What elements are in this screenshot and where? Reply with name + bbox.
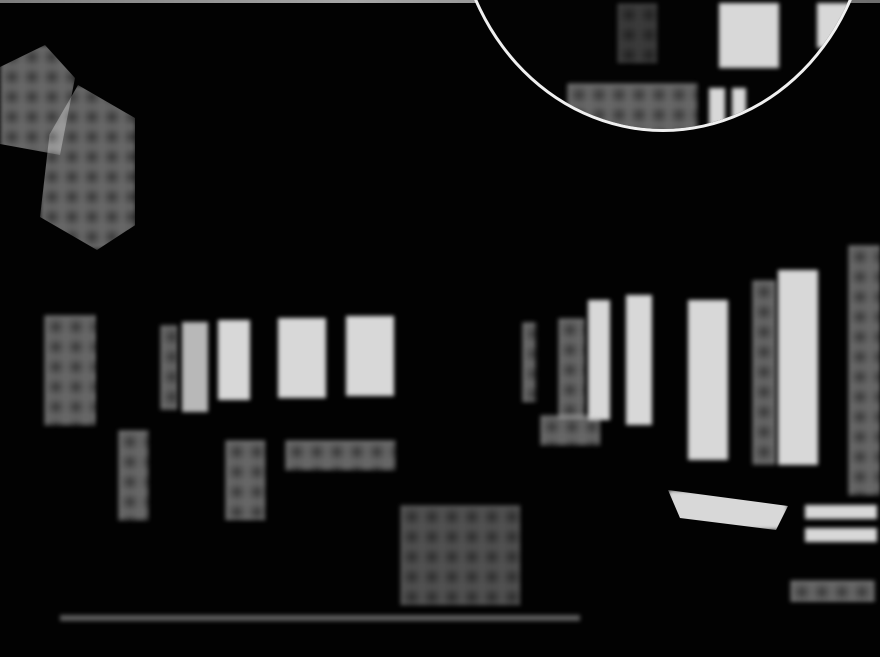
window (848, 245, 880, 495)
window (688, 300, 728, 460)
wall-panel (44, 315, 96, 425)
sofa (668, 490, 788, 530)
curtain (160, 325, 178, 410)
window (522, 322, 536, 402)
windowsill-seat (540, 415, 600, 445)
cushion (790, 580, 875, 602)
window (778, 270, 818, 465)
chair (118, 430, 148, 520)
window (182, 322, 208, 412)
window (558, 318, 584, 418)
inset-furniture-leg (732, 88, 746, 128)
cushion (805, 505, 877, 519)
inset-furniture-leg (709, 88, 725, 128)
inset-floor (567, 83, 697, 132)
curtain (752, 280, 776, 465)
window (218, 320, 250, 400)
floor-line (60, 615, 580, 621)
window (588, 300, 610, 420)
inset-detail (617, 3, 657, 63)
chair (225, 440, 265, 520)
window (346, 316, 394, 396)
rug (400, 505, 520, 605)
circular-inset-photo (454, 0, 872, 132)
cushion (805, 528, 877, 542)
window (626, 295, 652, 425)
halftone-photo: Grainy dark halftone newspaper photograp… (0, 0, 880, 657)
window (278, 318, 326, 398)
table (285, 440, 395, 470)
inset-window (817, 3, 872, 48)
inset-window (719, 3, 779, 68)
